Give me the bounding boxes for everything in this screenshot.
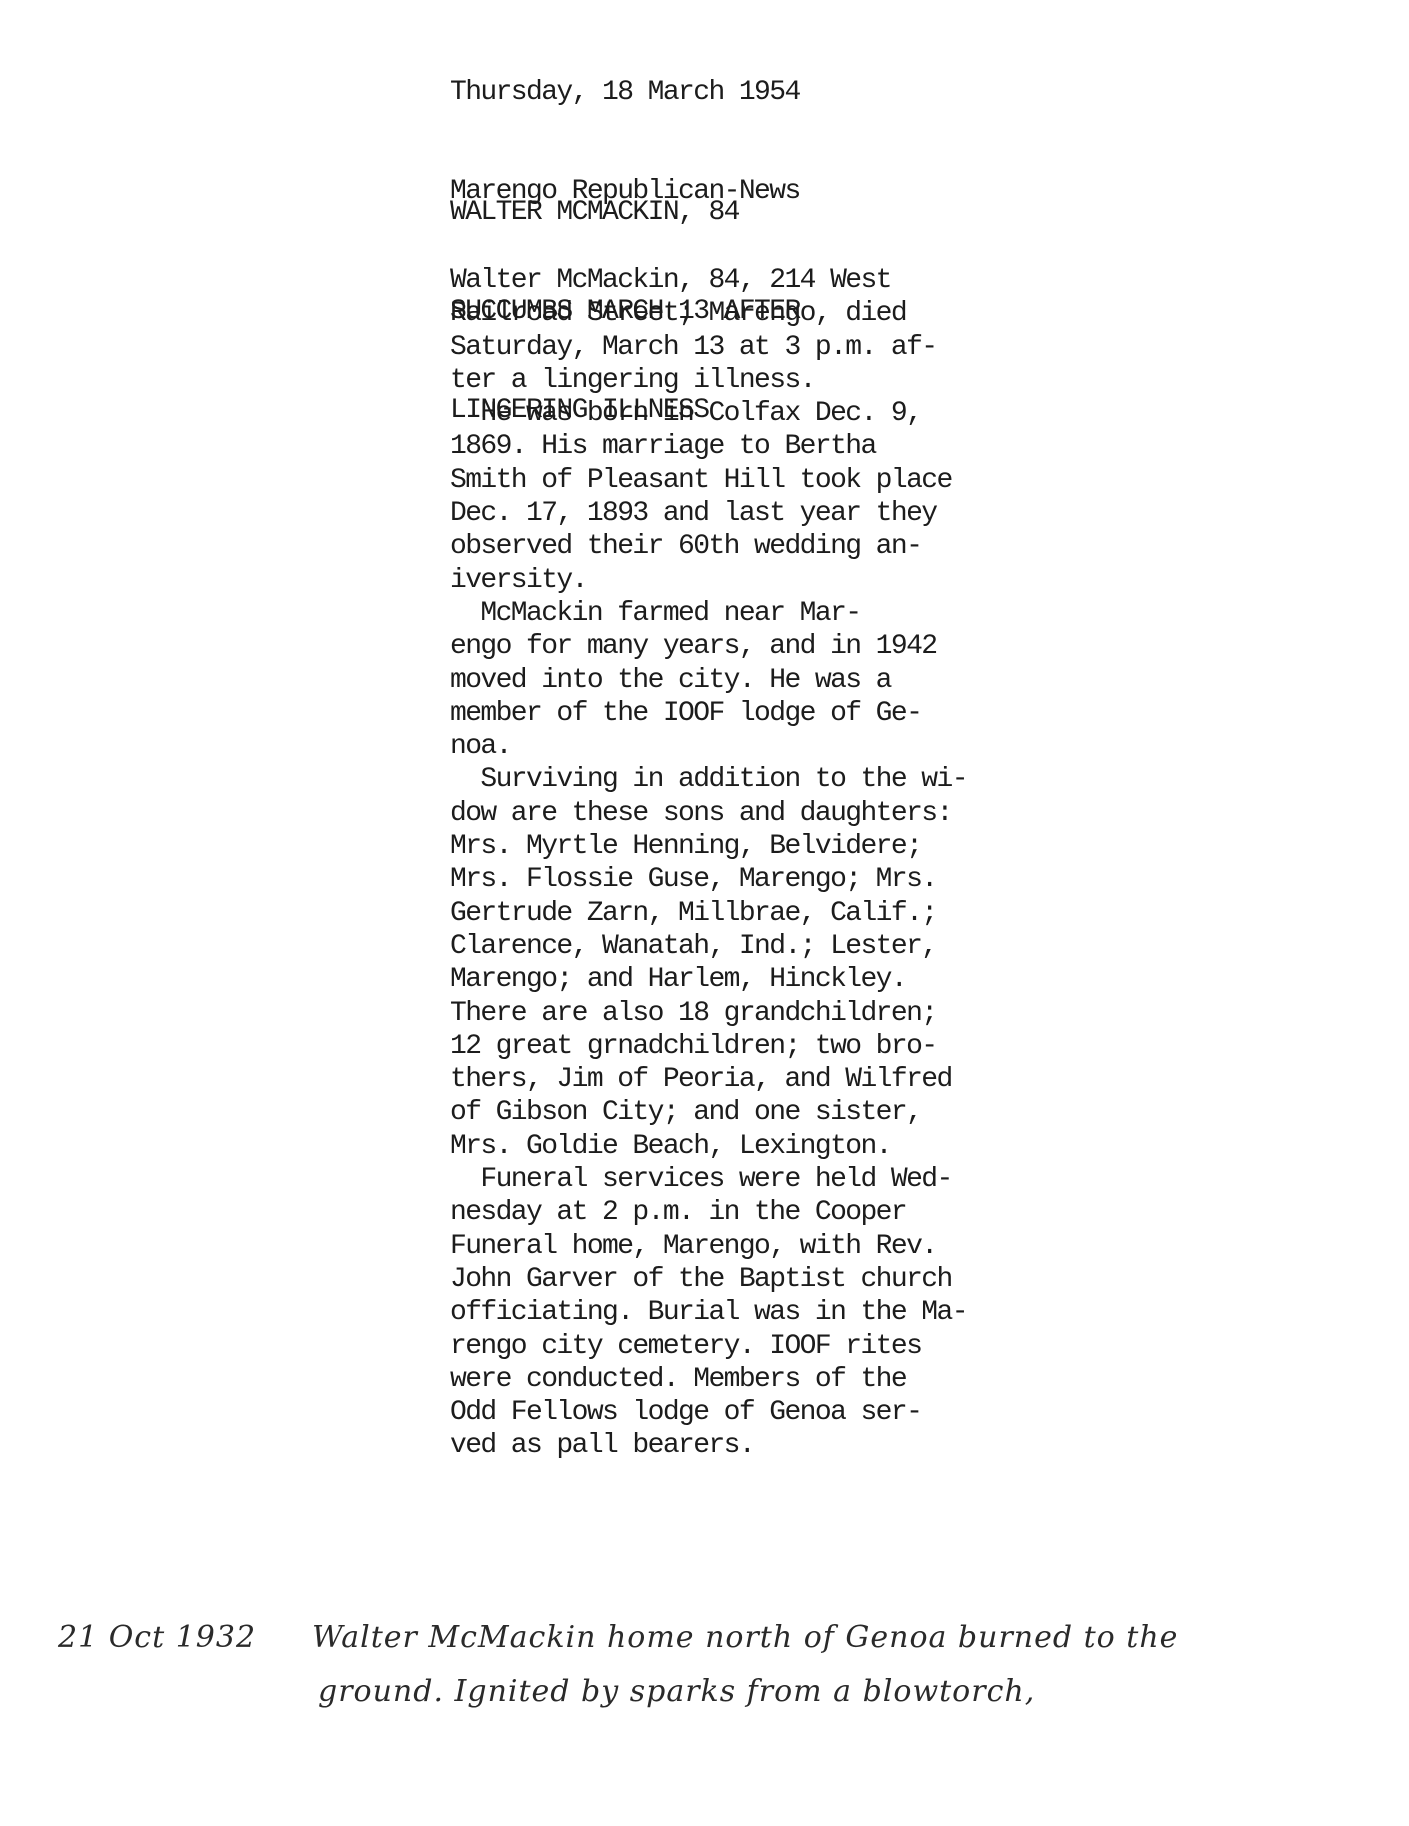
body-line: member of the IOOF lodge of Ge- bbox=[450, 697, 967, 730]
body-line: ter a lingering illness. bbox=[450, 364, 967, 397]
body-line: Dec. 17, 1893 and last year they bbox=[450, 497, 967, 530]
body-line: Funeral home, Marengo, with Rev. bbox=[450, 1230, 967, 1263]
body-line: Mrs. Myrtle Henning, Belvidere; bbox=[450, 830, 967, 863]
body-line: of Gibson City; and one sister, bbox=[450, 1096, 967, 1129]
body-line: officiating. Burial was in the Ma- bbox=[450, 1296, 967, 1329]
body-line: John Garver of the Baptist church bbox=[450, 1263, 967, 1296]
body-line: Walter McMackin, 84, 214 West bbox=[450, 264, 967, 297]
body-line: observed their 60th wedding an- bbox=[450, 530, 967, 563]
handwritten-note-line: ground. Ignited by sparks from a blowtor… bbox=[318, 1674, 1035, 1709]
body-line: engo for many years, and in 1942 bbox=[450, 630, 967, 663]
obituary-body: Walter McMackin, 84, 214 WestRailroad St… bbox=[450, 264, 967, 1463]
body-line: Railroad Street; Marengo, died bbox=[450, 297, 967, 330]
handwritten-date: 21 Oct 1932 bbox=[58, 1620, 256, 1655]
body-line: 12 great grnadchildren; two bro- bbox=[450, 1030, 967, 1063]
body-line: moved into the city. He was a bbox=[450, 664, 967, 697]
body-line: rengo city cemetery. IOOF rites bbox=[450, 1330, 967, 1363]
body-line: There are also 18 grandchildren; bbox=[450, 997, 967, 1030]
body-line: Funeral services were held Wed- bbox=[450, 1163, 967, 1196]
document-page: Thursday, 18 March 1954 Marengo Republic… bbox=[0, 0, 1409, 1826]
body-line: Clarence, Wanatah, Ind.; Lester, bbox=[450, 930, 967, 963]
body-line: Mrs. Flossie Guse, Marengo; Mrs. bbox=[450, 863, 967, 896]
body-line: nesday at 2 p.m. in the Cooper bbox=[450, 1196, 967, 1229]
body-line: Mrs. Goldie Beach, Lexington. bbox=[450, 1130, 967, 1163]
body-line: Odd Fellows lodge of Genoa ser- bbox=[450, 1396, 967, 1429]
body-line: Saturday, March 13 at 3 p.m. af- bbox=[450, 331, 967, 364]
body-line: McMackin farmed near Mar- bbox=[450, 597, 967, 630]
body-line: He was born in Colfax Dec. 9, bbox=[450, 397, 967, 430]
body-line: thers, Jim of Peoria, and Wilfred bbox=[450, 1063, 967, 1096]
body-line: Surviving in addition to the wi- bbox=[450, 763, 967, 796]
dateline: Thursday, 18 March 1954 bbox=[450, 76, 800, 109]
headline-line: WALTER MCMACKIN, 84 bbox=[450, 196, 800, 229]
body-line: Gertrude Zarn, Millbrae, Calif.; bbox=[450, 897, 967, 930]
body-line: noa. bbox=[450, 730, 967, 763]
body-line: Marengo; and Harlem, Hinckley. bbox=[450, 963, 967, 996]
body-line: dow are these sons and daughters: bbox=[450, 797, 967, 830]
body-line: ved as pall bearers. bbox=[450, 1429, 967, 1462]
body-line: Smith of Pleasant Hill took place bbox=[450, 464, 967, 497]
body-line: 1869. His marriage to Bertha bbox=[450, 430, 967, 463]
body-line: iversity. bbox=[450, 564, 967, 597]
handwritten-note-line: Walter McMackin home north of Genoa burn… bbox=[312, 1620, 1178, 1655]
body-line: were conducted. Members of the bbox=[450, 1363, 967, 1396]
